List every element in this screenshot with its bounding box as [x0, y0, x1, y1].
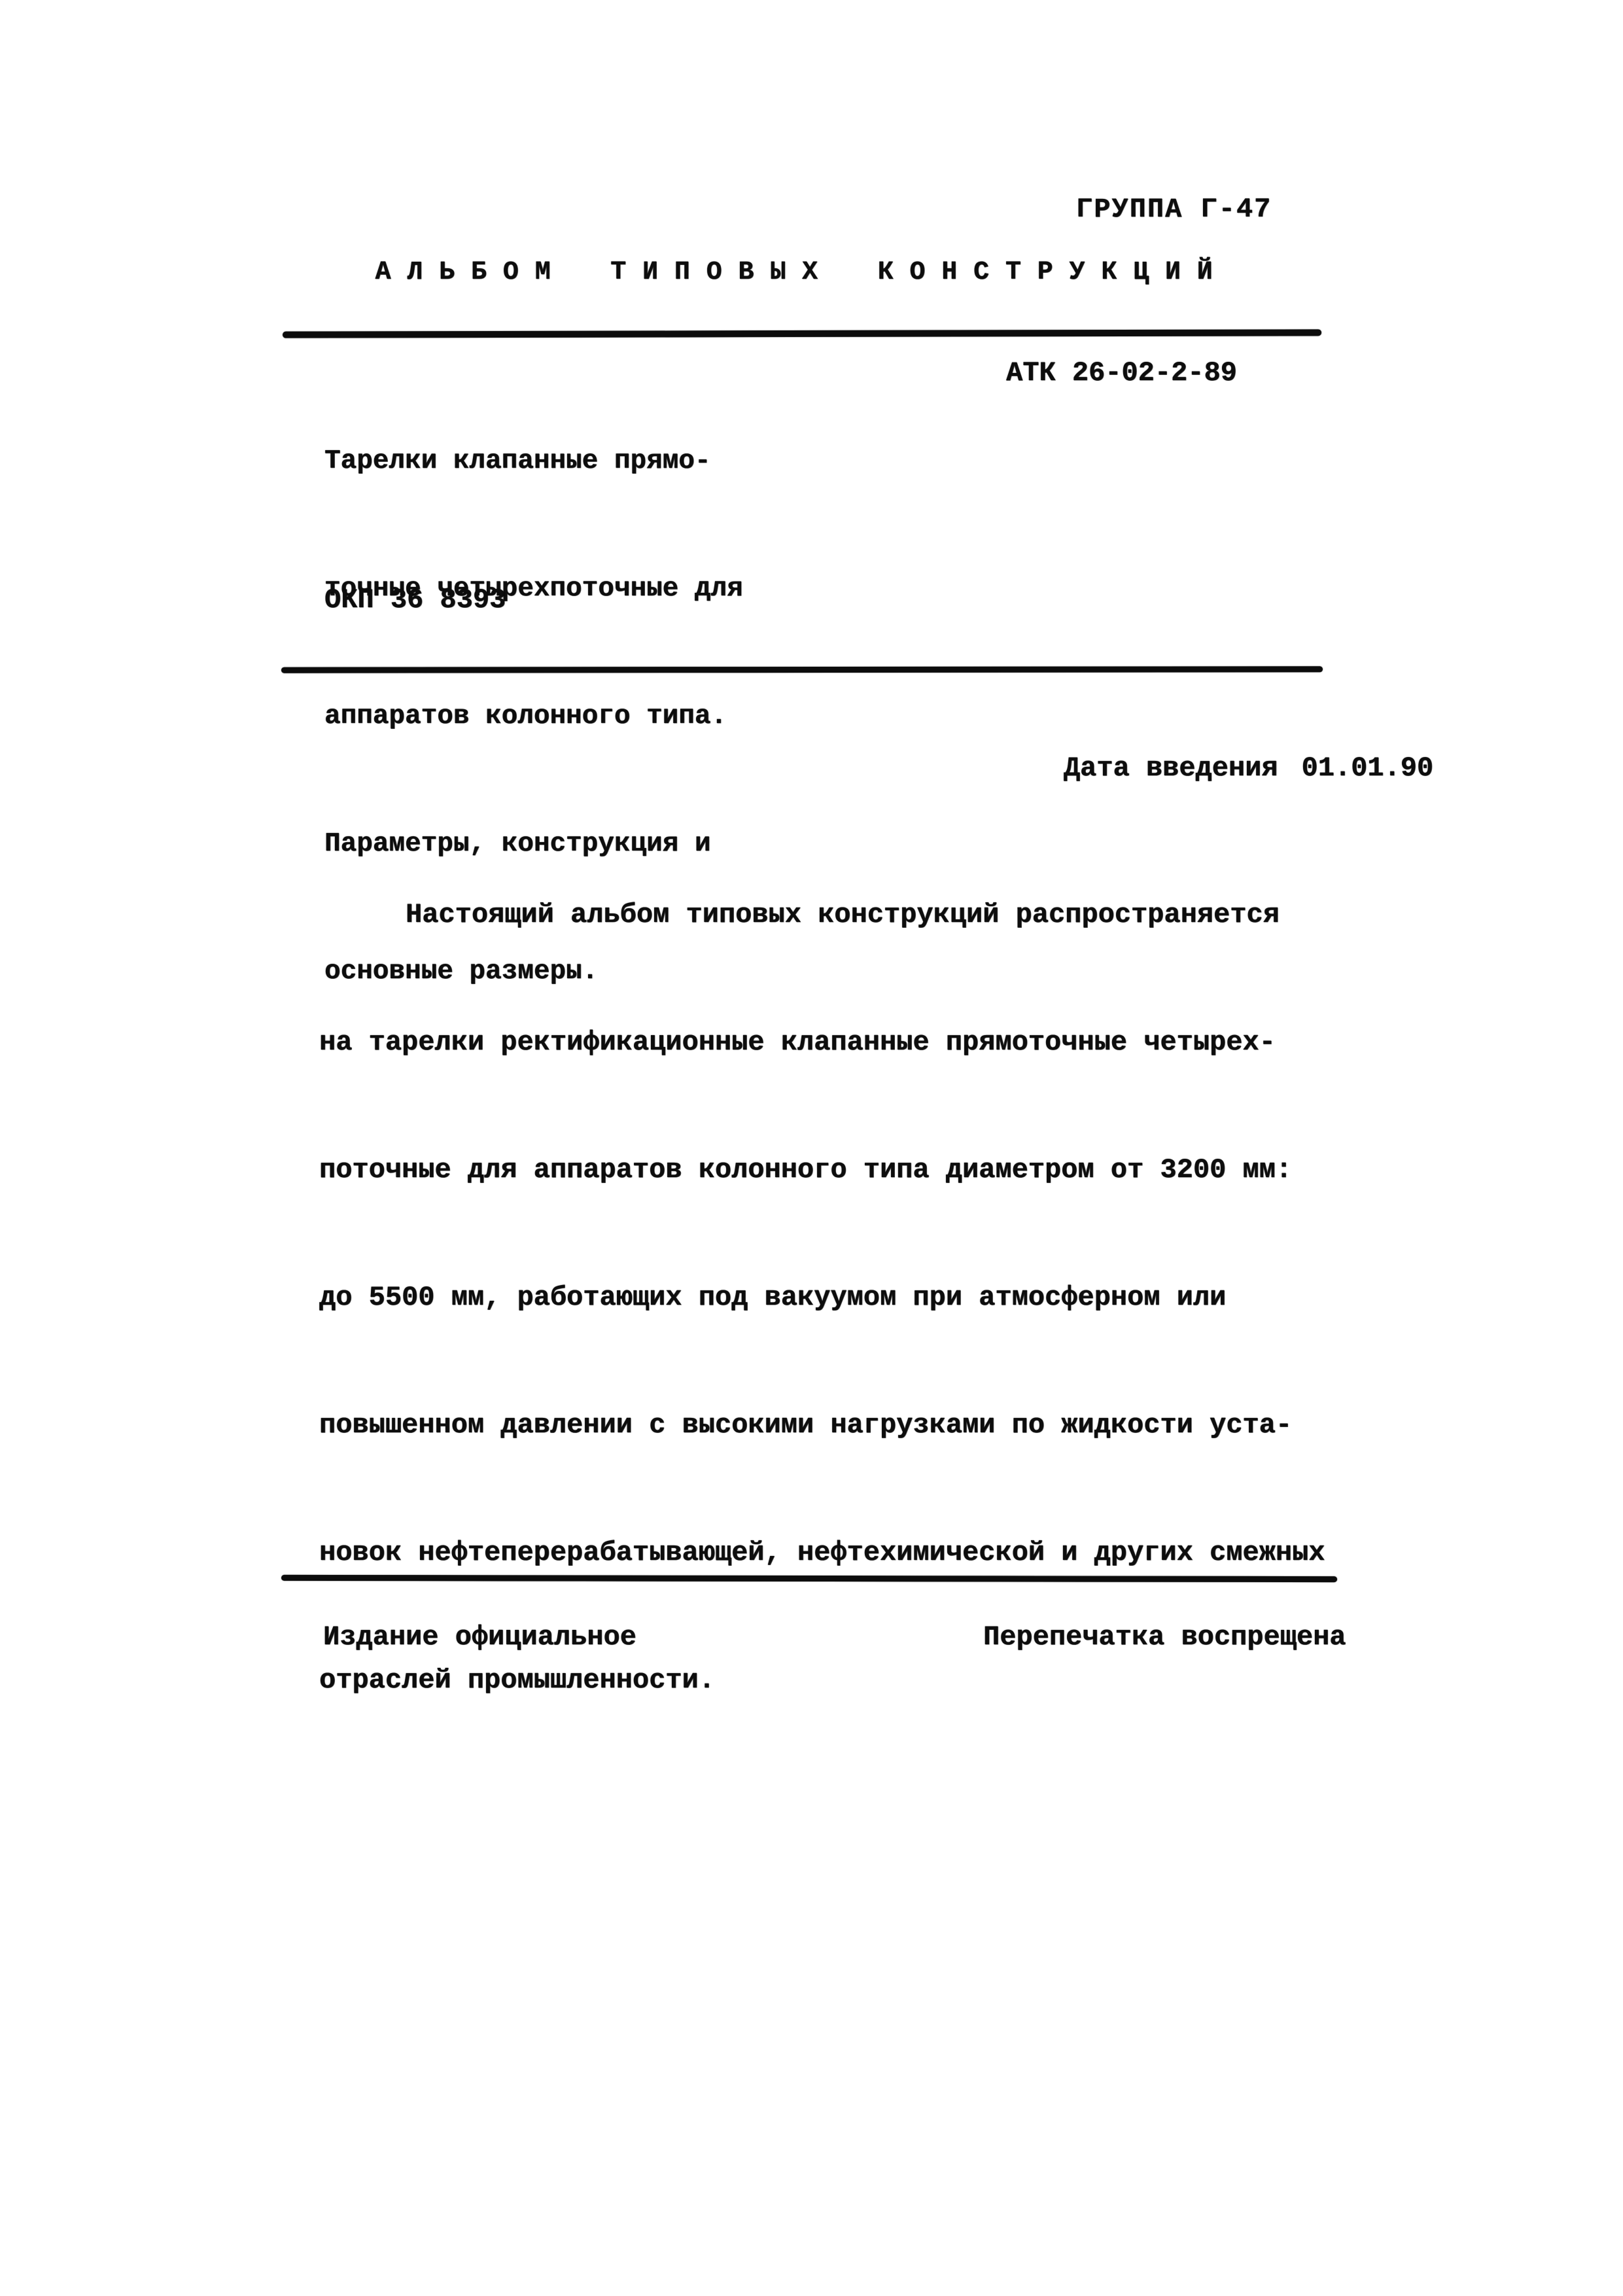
- title-line: аппаратов колонного типа.: [324, 696, 743, 738]
- horizontal-rule-top: [283, 329, 1321, 338]
- official-edition-note: Издание официальное: [323, 1621, 637, 1653]
- effective-date-line: Дата введения01.01.90: [998, 721, 1433, 815]
- document-number: АТК 26-02-2-89: [1006, 357, 1237, 389]
- okp-code: ОКП 36 8393: [324, 584, 506, 616]
- reprint-prohibited-note: Перепечатка воспрещена: [983, 1621, 1346, 1653]
- horizontal-rule-middle: [281, 666, 1323, 673]
- paragraph-line: повышенном давлении с высокими нагрузкам…: [319, 1404, 1353, 1447]
- effective-date-value: 01.01.90: [1301, 752, 1433, 784]
- album-header-title: АЛЬБОМ ТИПОВЫХ КОНСТРУКЦИЙ: [281, 258, 1323, 287]
- title-line: Тарелки клапанные прямо-: [324, 440, 743, 483]
- effective-date-label: Дата введения: [1064, 752, 1278, 784]
- paragraph-line: поточные для аппаратов колонного типа ди…: [319, 1149, 1353, 1192]
- group-code: ГРУППА Г-47: [1076, 194, 1272, 225]
- paragraph-line: отраслей промышленности.: [319, 1659, 1353, 1702]
- scanned-document-page: ГРУППА Г-47 АЛЬБОМ ТИПОВЫХ КОНСТРУКЦИЙ Т…: [0, 0, 1623, 2296]
- paragraph-line: новок нефтеперерабатывающей, нефтехимиче…: [319, 1532, 1353, 1574]
- paragraph-line: Настоящий альбом типовых конструкций рас…: [319, 894, 1353, 936]
- paragraph-line: до 5500 мм, работающих под вакуумом при …: [319, 1277, 1353, 1319]
- paragraph-line: на тарелки ректификационные клапанные пр…: [319, 1021, 1353, 1064]
